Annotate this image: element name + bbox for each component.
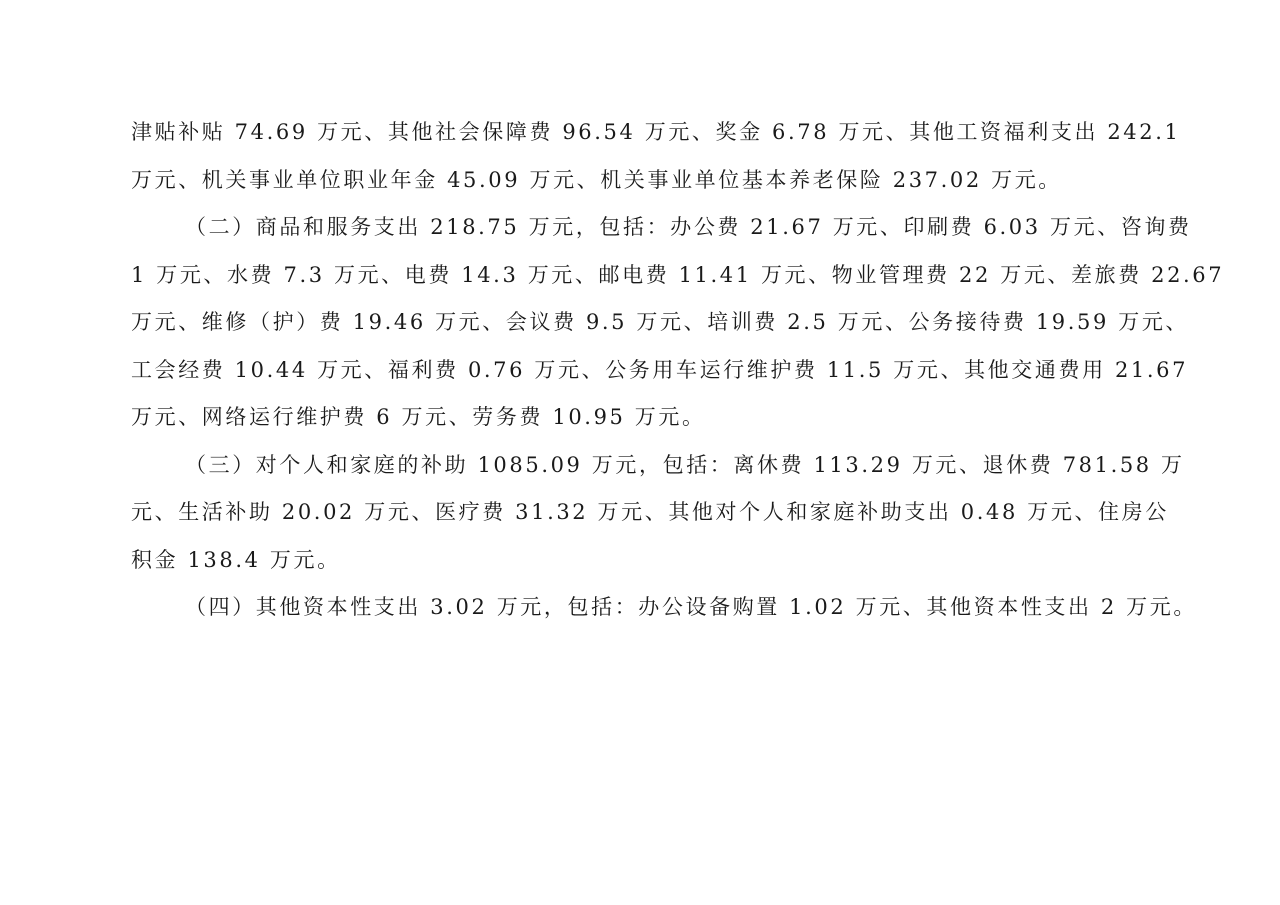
text-line: （四）其他资本性支出 3.02 万元，包括：办公设备购置 1.02 万元、其他资…: [185, 593, 1151, 621]
text-line: 1 万元、水费 7.3 万元、电费 14.3 万元、邮电费 11.41 万元、物…: [131, 261, 1151, 289]
text-line: 津贴补贴 74.69 万元、其他社会保障费 96.54 万元、奖金 6.78 万…: [131, 118, 1151, 146]
text-line: 积金 138.4 万元。: [131, 546, 1151, 574]
text-line: 元、生活补助 20.02 万元、医疗费 31.32 万元、其他对个人和家庭补助支…: [131, 498, 1151, 526]
text-line: 万元、网络运行维护费 6 万元、劳务费 10.95 万元。: [131, 403, 1151, 431]
text-line: 万元、机关事业单位职业年金 45.09 万元、机关事业单位基本养老保险 237.…: [131, 166, 1151, 194]
text-line: （三）对个人和家庭的补助 1085.09 万元，包括：离休费 113.29 万元…: [185, 451, 1151, 479]
text-line: 工会经费 10.44 万元、福利费 0.76 万元、公务用车运行维护费 11.5…: [131, 356, 1151, 384]
document-page: 津贴补贴 74.69 万元、其他社会保障费 96.54 万元、奖金 6.78 万…: [0, 0, 1280, 905]
text-line: （二）商品和服务支出 218.75 万元，包括：办公费 21.67 万元、印刷费…: [185, 213, 1151, 241]
text-line: 万元、维修（护）费 19.46 万元、会议费 9.5 万元、培训费 2.5 万元…: [131, 308, 1151, 336]
